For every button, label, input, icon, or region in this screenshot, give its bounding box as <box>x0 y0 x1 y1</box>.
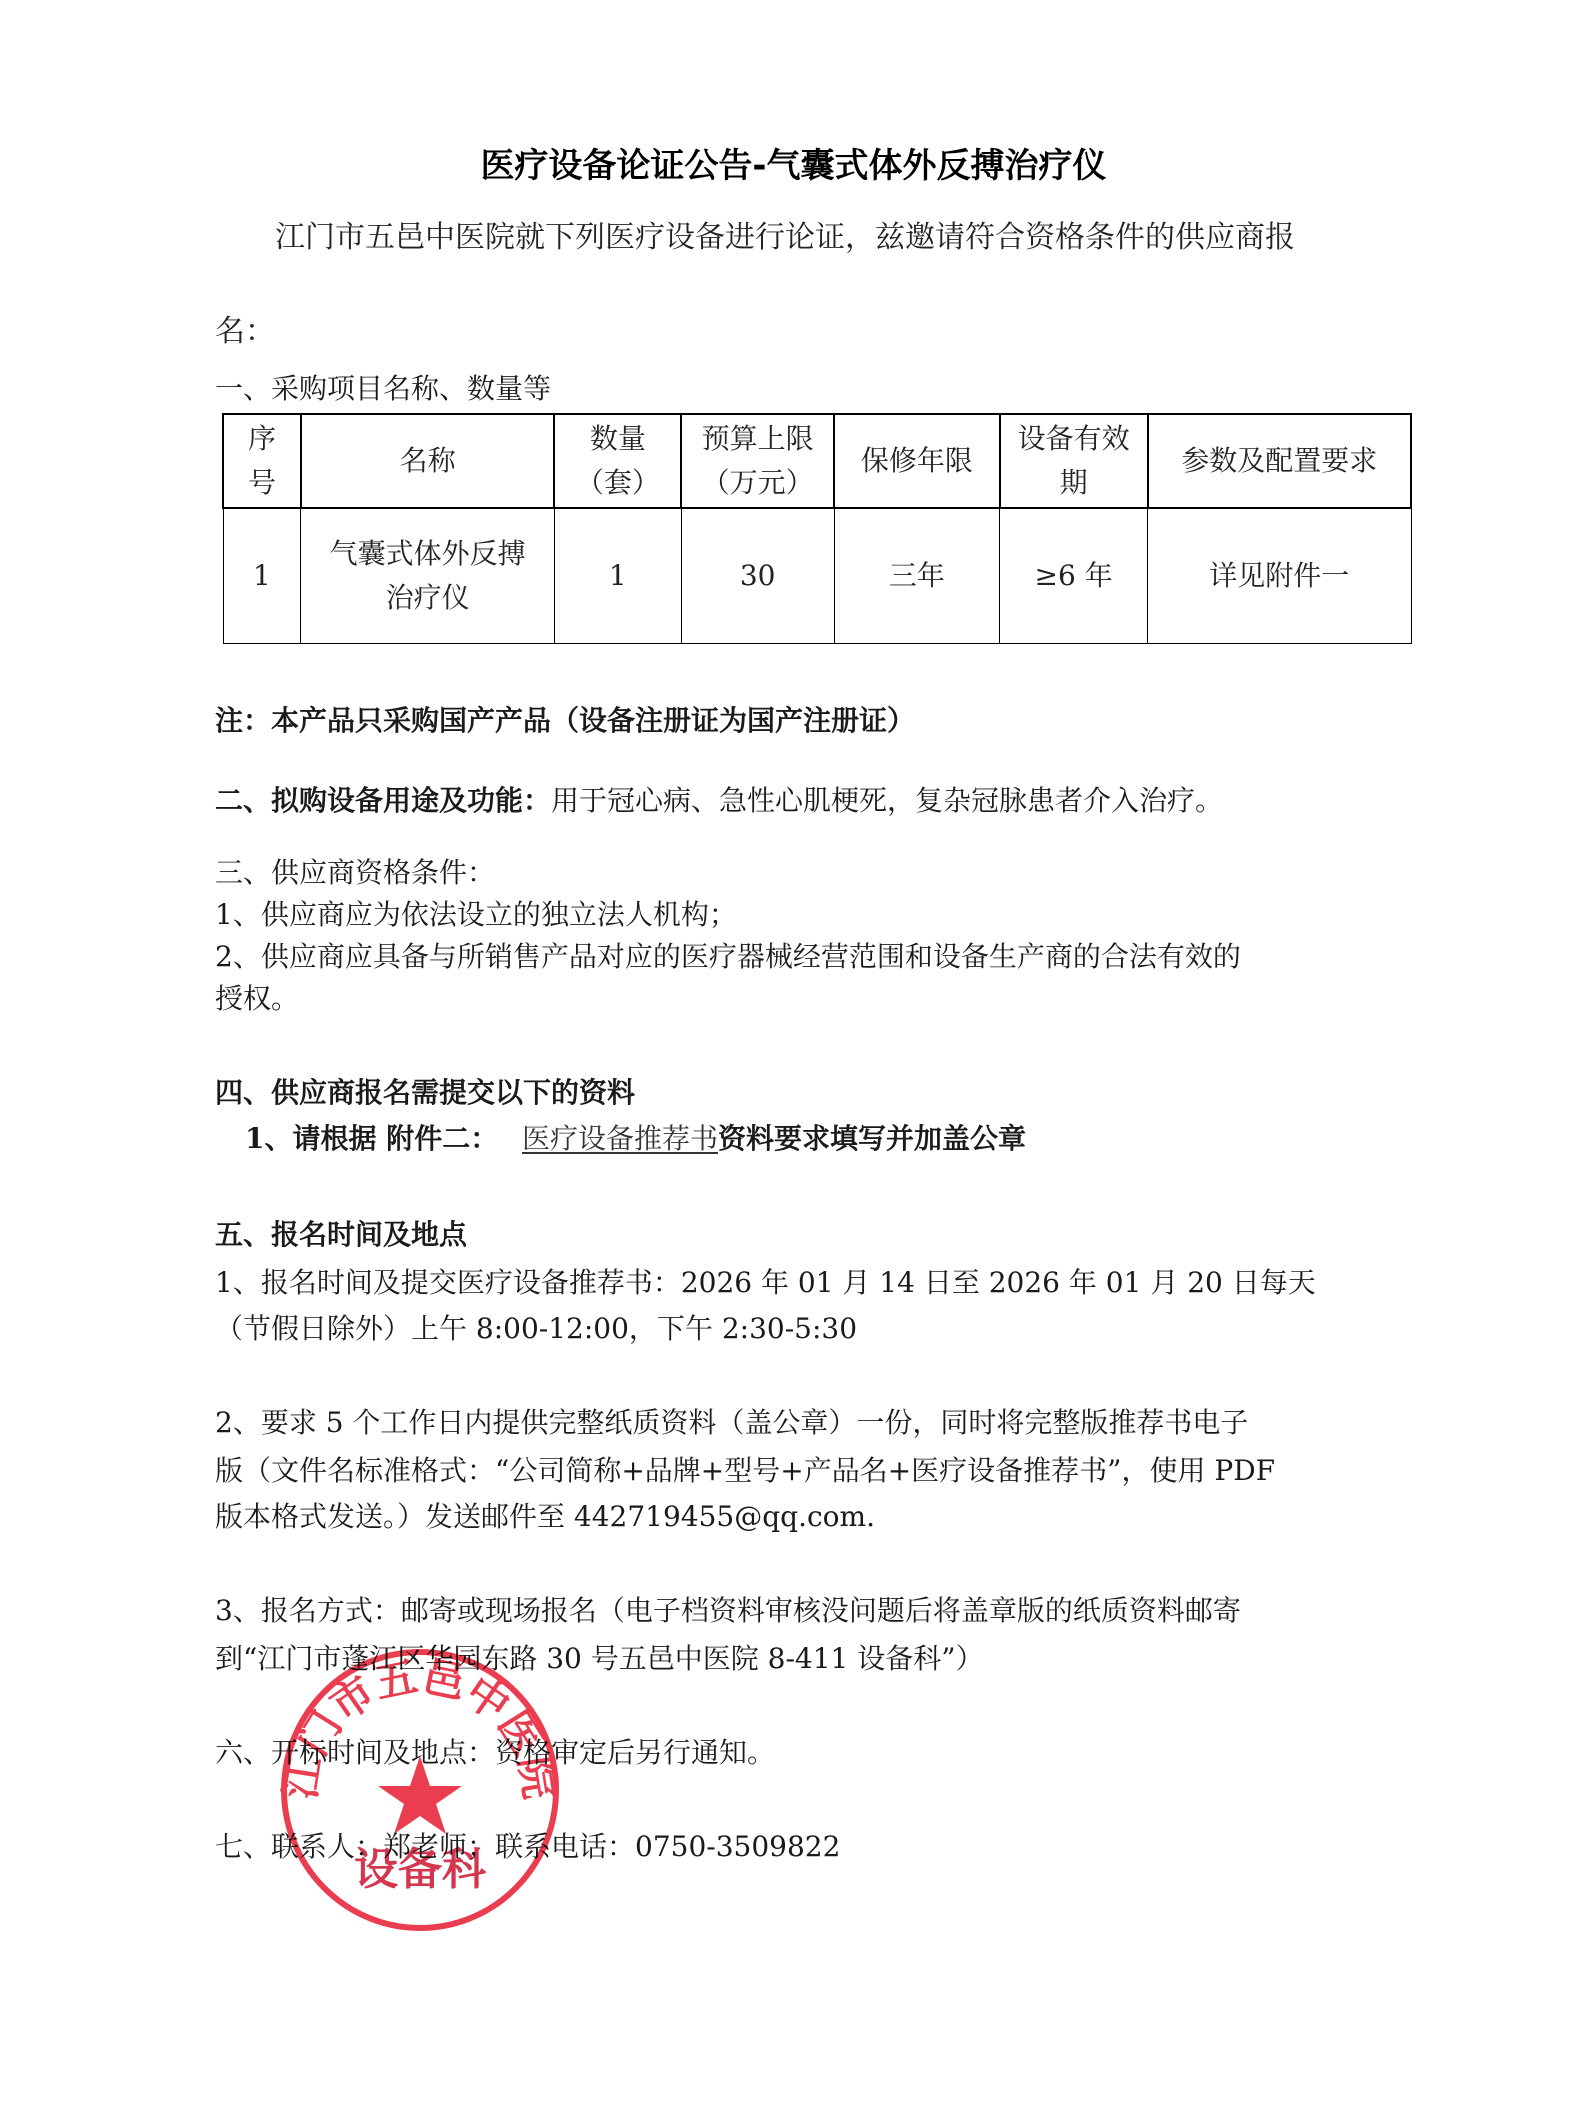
section6-bid-opening: 六、开标时间及地点：资格审定后另行通知。 <box>215 1736 775 1770</box>
section5-item-2-line2: 版（文件名标准格式：“公司简称+品牌+型号+产品名+医疗设备推荐书”，使用 PD… <box>215 1454 1275 1488</box>
cell-budget: 30 <box>681 508 834 644</box>
cell-quantity: 1 <box>554 508 681 644</box>
procurement-table: 序号 名称 数量（套） 预算上限（万元） 保修年限 设备有效期 参数及配置要求 … <box>222 413 1412 644</box>
table-header-row: 序号 名称 数量（套） 预算上限（万元） 保修年限 设备有效期 参数及配置要求 <box>223 414 1411 508</box>
header-seq: 序号 <box>223 414 301 508</box>
section5-item-1-line2: （节假日除外）上午 8:00-12:00，下午 2:30-5:30 <box>215 1312 857 1346</box>
section5-item-2-line3: 版本格式发送。）发送邮件至 442719455@qq.com. <box>215 1500 875 1534</box>
section5-item-1-line1: 1、报名时间及提交医疗设备推荐书：2026 年 01 月 14 日至 2026 … <box>215 1266 1316 1300</box>
header-warranty: 保修年限 <box>834 414 1000 508</box>
section3-item-2: 2、供应商应具备与所销售产品对应的医疗器械经营范围和设备生产商的合法有效的 <box>215 940 1241 974</box>
header-requirements: 参数及配置要求 <box>1148 414 1411 508</box>
cell-requirements: 详见附件一 <box>1148 508 1411 644</box>
section4-heading: 四、供应商报名需提交以下的资料 <box>215 1076 635 1110</box>
section5-item-3-line2: 到“江门市蓬江区华园东路 30 号五邑中医院 8-411 设备科”） <box>215 1642 984 1676</box>
cell-warranty: 三年 <box>834 508 1000 644</box>
intro-paragraph: 江门市五邑中医院就下列医疗设备进行论证，兹邀请符合资格条件的供应商报 <box>215 222 1375 254</box>
section1-heading: 一、采购项目名称、数量等 <box>215 372 551 406</box>
section4-item-prefix: 1、请根据 附件二： <box>245 1122 498 1155</box>
header-budget: 预算上限（万元） <box>681 414 834 508</box>
document-page: 医疗设备论证公告-气囊式体外反搏治疗仪 江门市五邑中医院就下列医疗设备进行论证，… <box>0 0 1587 2115</box>
section3-item-2-cont: 授权。 <box>215 982 299 1016</box>
section5-item-2-line1: 2、要求 5 个工作日内提供完整纸质资料（盖公章）一份，同时将完整版推荐书电子 <box>215 1406 1248 1440</box>
section2-heading: 二、拟购设备用途及功能： <box>215 784 551 817</box>
section4-item-suffix: 资料要求填写并加盖公章 <box>718 1122 1026 1155</box>
section2-text: 用于冠心病、急性心肌梗死，复杂冠脉患者介入治疗。 <box>551 784 1223 817</box>
domestic-product-note: 注：本产品只采购国产产品（设备注册证为国产注册证） <box>215 704 915 738</box>
cell-name: 气囊式体外反搏治疗仪 <box>301 508 554 644</box>
header-name: 名称 <box>301 414 554 508</box>
recommendation-form-link[interactable]: 医疗设备推荐书 <box>522 1122 718 1155</box>
section5-heading: 五、报名时间及地点 <box>215 1218 467 1252</box>
section7-contact: 七、联系人：郑老师；联系电话：0750-3509822 <box>215 1830 840 1864</box>
section3-item-1: 1、供应商应为依法设立的独立法人机构； <box>215 898 737 932</box>
section3-heading: 三、供应商资格条件： <box>215 856 495 890</box>
official-seal-stamp: 江门市五邑中医院 设备科 <box>278 1648 562 1932</box>
section4-item-1: 1、请根据 附件二： 医疗设备推荐书资料要求填写并加盖公章 <box>245 1122 1026 1156</box>
section2: 二、拟购设备用途及功能：用于冠心病、急性心肌梗死，复杂冠脉患者介入治疗。 <box>215 784 1223 818</box>
header-quantity: 数量（套） <box>554 414 681 508</box>
contact-email-text: 版本格式发送。）发送邮件至 442719455@qq.com. <box>215 1500 875 1533</box>
intro-paragraph-tail: 名： <box>215 306 275 350</box>
document-title: 医疗设备论证公告-气囊式体外反搏治疗仪 <box>0 138 1587 187</box>
cell-seq: 1 <box>223 508 301 644</box>
seal-ring <box>284 1652 556 1928</box>
section5-item-3-line1: 3、报名方式：邮寄或现场报名（电子档资料审核没问题后将盖章版的纸质资料邮寄 <box>215 1594 1241 1628</box>
table-row: 1 气囊式体外反搏治疗仪 1 30 三年 ≥6 年 详见附件一 <box>223 508 1411 644</box>
header-validity: 设备有效期 <box>1000 414 1148 508</box>
cell-validity: ≥6 年 <box>1000 508 1148 644</box>
